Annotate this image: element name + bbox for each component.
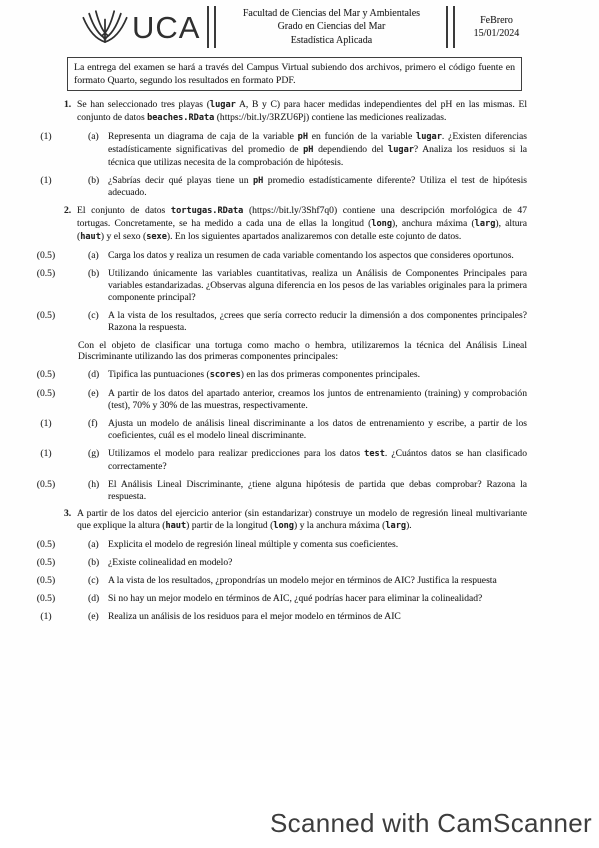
part-marks: (0.5) [28, 557, 64, 569]
part-letter: (h) [88, 479, 108, 503]
part-marks: (1) [28, 418, 64, 442]
question-part-row: (0.5)(a)Carga los datos y realiza un res… [28, 250, 527, 262]
part-marks: (0.5) [28, 539, 64, 551]
scanned-exam-page: UCA Facultad de Ciencias del Mar y Ambie… [0, 0, 599, 848]
part-text: Utilizando únicamente las variables cuan… [108, 268, 527, 304]
camscanner-watermark: Scanned with CamScanner [270, 808, 592, 839]
part-text: Tipifica las puntuaciones (scores) en la… [108, 369, 527, 382]
question-part-row: (0.5)(c)A la vista de los resultados, ¿c… [28, 310, 527, 334]
inline-code: larg [475, 219, 496, 229]
part-letter: (b) [88, 268, 108, 304]
question-intro-row: 3.A partir de los datos del ejercicio an… [28, 508, 527, 533]
inline-code: pH [298, 132, 308, 142]
part-letter: (d) [88, 369, 108, 382]
part-letter: (f) [88, 418, 108, 442]
question: 3.A partir de los datos del ejercicio an… [28, 508, 527, 622]
part-text: Representa un diagrama de caja de la var… [108, 131, 527, 169]
inline-code: lugar [210, 100, 236, 110]
part-marks: (0.5) [28, 369, 64, 382]
part-text: Carga los datos y realiza un resumen de … [108, 250, 527, 262]
question-note-row: Con el objeto de clasificar una tortuga … [28, 340, 527, 364]
part-text: A la vista de los resultados, ¿crees que… [108, 310, 527, 334]
part-text: ¿Existe colinealidad en modelo? [108, 557, 527, 569]
question-part-row: (1)(f)Ajusta un modelo de análisis linea… [28, 418, 527, 442]
part-letter: (b) [88, 175, 108, 200]
inline-code: long [273, 521, 294, 531]
part-text: Realiza un análisis de los residuos para… [108, 611, 527, 623]
question-part-row: (0.5)(d)Si no hay un mejor modelo en tér… [28, 593, 527, 605]
inline-code: haut [80, 232, 101, 242]
subject-line: Estadística Aplicada [223, 34, 439, 47]
part-marks: (0.5) [28, 575, 64, 587]
part-marks: (0.5) [28, 479, 64, 503]
question-part-row: (0.5)(e)A partir de los datos del aparta… [28, 388, 527, 412]
question-note: Con el objeto de clasificar una tortuga … [78, 340, 527, 364]
question-intro-text: El conjunto de datos tortugas.RData (htt… [77, 205, 527, 244]
uca-logo: UCA [80, 7, 200, 47]
question-part: (a)Explicita el modelo de regresión line… [88, 539, 527, 551]
question-part: (c)A la vista de los resultados, ¿crees … [88, 310, 527, 334]
question-part: (b)¿Existe colinealidad en modelo? [88, 557, 527, 569]
part-marks: (0.5) [28, 310, 64, 334]
inline-code: haut [165, 521, 186, 531]
part-letter: (g) [88, 448, 108, 473]
exam-date: 15/01/2024 [462, 27, 530, 40]
question-intro-text: Se han seleccionado tres playas (lugar A… [77, 99, 527, 125]
submission-notice-box: La entrega del examen se hará a través d… [67, 57, 522, 91]
question: 2.El conjunto de datos tortugas.RData (h… [28, 205, 527, 502]
question-intro-row: 1.Se han seleccionado tres playas (lugar… [28, 99, 527, 125]
exam-session-label: FeBrero [462, 14, 530, 27]
question-part: (e)A partir de los datos del apartado an… [88, 388, 527, 412]
part-marks: (0.5) [28, 250, 64, 262]
inline-code: larg [385, 521, 406, 531]
question-part-row: (0.5)(h)El Análisis Lineal Discriminante… [28, 479, 527, 503]
part-letter: (a) [88, 539, 108, 551]
uca-wave-icon [80, 7, 130, 47]
inline-code: test [364, 449, 385, 459]
question-part: (f)Ajusta un modelo de análisis lineal d… [88, 418, 527, 442]
part-text: Utilizamos el modelo para realizar predi… [108, 448, 527, 473]
faculty-title-block: Facultad de Ciencias del Mar y Ambiental… [223, 7, 439, 47]
marks-cell-empty [28, 205, 64, 244]
inline-code: sexe [146, 232, 167, 242]
part-letter: (b) [88, 557, 108, 569]
question-part: (a)Representa un diagrama de caja de la … [88, 131, 527, 169]
part-letter: (e) [88, 611, 108, 623]
part-text: Explicita el modelo de regresión lineal … [108, 539, 527, 551]
question-part: (c)A la vista de los resultados, ¿propon… [88, 575, 527, 587]
part-text: Ajusta un modelo de análisis lineal disc… [108, 418, 527, 442]
degree-line: Grado en Ciencias del Mar [223, 20, 439, 33]
question-intro-row: 2.El conjunto de datos tortugas.RData (h… [28, 205, 527, 244]
marks-cell-empty [28, 508, 64, 533]
part-letter: (a) [88, 131, 108, 169]
question-part-row: (0.5)(b)¿Existe colinealidad en modelo? [28, 557, 527, 569]
question-intro: 1.Se han seleccionado tres playas (lugar… [64, 99, 527, 125]
document-header: UCA Facultad de Ciencias del Mar y Ambie… [80, 6, 530, 48]
part-marks: (1) [28, 448, 64, 473]
inline-code: beaches.RData [147, 113, 214, 123]
inline-code: long [371, 219, 392, 229]
question-part: (a)Carga los datos y realiza un resumen … [88, 250, 527, 262]
part-text: Si no hay un mejor modelo en términos de… [108, 593, 527, 605]
question-part: (e)Realiza un análisis de los residuos p… [88, 611, 527, 623]
question-part: (d)Tipifica las puntuaciones (scores) en… [88, 369, 527, 382]
question-part-row: (1)(e)Realiza un análisis de los residuo… [28, 611, 527, 623]
part-text: ¿Sabrías decir qué playas tiene un pH pr… [108, 175, 527, 200]
question-number: 1. [64, 99, 77, 125]
question: 1.Se han seleccionado tres playas (lugar… [28, 99, 527, 199]
question-number: 2. [64, 205, 77, 244]
inline-code: lugar [388, 145, 414, 155]
question-part: (d)Si no hay un mejor modelo en términos… [88, 593, 527, 605]
questions-list: 1.Se han seleccionado tres playas (lugar… [28, 99, 527, 629]
inline-code: tortugas.RData [171, 206, 243, 216]
marks-cell-empty [28, 340, 64, 364]
part-letter: (c) [88, 310, 108, 334]
part-letter: (c) [88, 575, 108, 587]
question-part-row: (1)(g)Utilizamos el modelo para realizar… [28, 448, 527, 473]
part-marks: (1) [28, 131, 64, 169]
part-letter: (e) [88, 388, 108, 412]
question-part: (g)Utilizamos el modelo para realizar pr… [88, 448, 527, 473]
inline-code: scores [210, 370, 241, 380]
double-bar-separator [446, 6, 455, 48]
question-part: (b)¿Sabrías decir qué playas tiene un pH… [88, 175, 527, 200]
uca-logo-text: UCA [132, 12, 200, 43]
inline-code: pH [303, 145, 313, 155]
exam-date-block: FeBrero 15/01/2024 [462, 14, 530, 41]
inline-code: lugar [416, 132, 442, 142]
part-marks: (0.5) [28, 268, 64, 304]
question-part-row: (0.5)(c)A la vista de los resultados, ¿p… [28, 575, 527, 587]
part-text: A partir de los datos del apartado anter… [108, 388, 527, 412]
inline-code: pH [253, 176, 263, 186]
part-text: A la vista de los resultados, ¿propondrí… [108, 575, 527, 587]
question-intro: 3.A partir de los datos del ejercicio an… [64, 508, 527, 533]
question-part-row: (1)(b)¿Sabrías decir qué playas tiene un… [28, 175, 527, 200]
part-text: El Análisis Lineal Discriminante, ¿tiene… [108, 479, 527, 503]
double-bar-separator [207, 6, 216, 48]
document-page: UCA Facultad de Ciencias del Mar y Ambie… [0, 0, 599, 760]
question-intro: 2.El conjunto de datos tortugas.RData (h… [64, 205, 527, 244]
question-part-row: (0.5)(d)Tipifica las puntuaciones (score… [28, 369, 527, 382]
question-number: 3. [64, 508, 77, 533]
question-part-row: (0.5)(b)Utilizando únicamente las variab… [28, 268, 527, 304]
faculty-line: Facultad de Ciencias del Mar y Ambiental… [223, 7, 439, 20]
part-marks: (1) [28, 611, 64, 623]
part-marks: (0.5) [28, 593, 64, 605]
question-part: (b)Utilizando únicamente las variables c… [88, 268, 527, 304]
part-letter: (a) [88, 250, 108, 262]
part-letter: (d) [88, 593, 108, 605]
question-part: (h)El Análisis Lineal Discriminante, ¿ti… [88, 479, 527, 503]
question-part-row: (0.5)(a)Explicita el modelo de regresión… [28, 539, 527, 551]
question-intro-text: A partir de los datos del ejercicio ante… [77, 508, 527, 533]
part-marks: (1) [28, 175, 64, 200]
marks-cell-empty [28, 99, 64, 125]
question-part-row: (1)(a)Representa un diagrama de caja de … [28, 131, 527, 169]
part-marks: (0.5) [28, 388, 64, 412]
